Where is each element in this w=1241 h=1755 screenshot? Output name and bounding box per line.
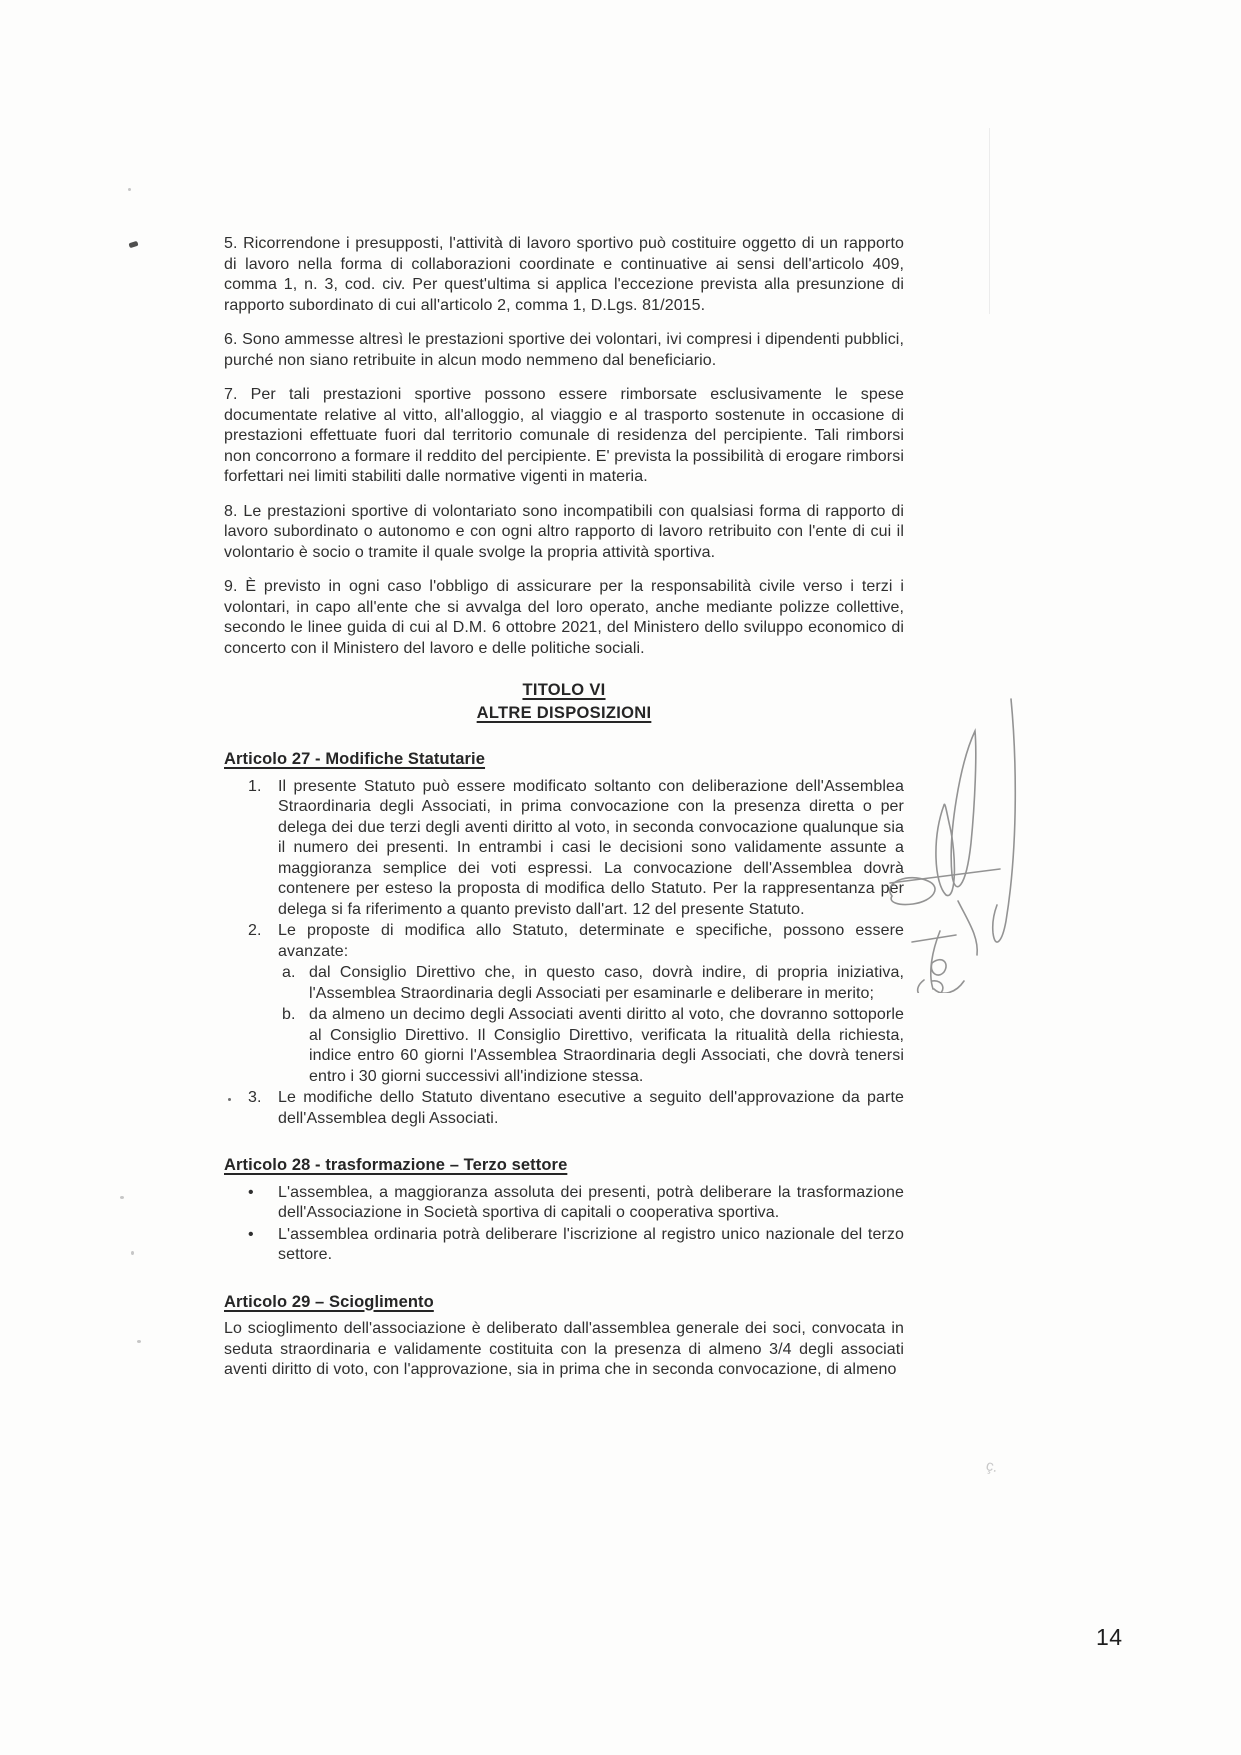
scan-speck <box>228 1098 231 1101</box>
list-item-text: Le proposte di modifica allo Statuto, de… <box>278 921 904 962</box>
list-marker: 1. <box>248 777 278 921</box>
paragraph-8: 8. Le prestazioni sportive di volontaria… <box>224 502 904 564</box>
faint-pencil-mark: ç. <box>984 1457 999 1476</box>
paragraph-6: 6. Sono ammesse altresì le prestazioni s… <box>224 330 904 371</box>
paragraph-7: 7. Per tali prestazioni sportive possono… <box>224 385 904 488</box>
paragraph-5: 5. Ricorrendone i presupposti, l'attivit… <box>224 234 904 316</box>
list-item-text: da almeno un decimo degli Associati aven… <box>309 1005 904 1087</box>
handwritten-signature <box>882 693 1027 993</box>
article-28: Articolo 28 - trasformazione – Terzo set… <box>224 1155 904 1266</box>
list-item: 3. Le modifiche dello Statuto diventano … <box>224 1088 904 1129</box>
scan-speck <box>137 1340 141 1343</box>
list-item-text: dal Consiglio Direttivo che, in questo c… <box>309 963 904 1004</box>
bullet-icon: • <box>248 1225 278 1266</box>
page-number: 14 <box>1096 1624 1123 1651</box>
list-item-text: Il presente Statuto può essere modificat… <box>278 777 904 921</box>
list-marker: 3. <box>248 1088 278 1129</box>
scan-speck <box>120 1196 124 1199</box>
sub-list-item: b. da almeno un decimo degli Associati a… <box>224 1005 904 1087</box>
article-29: Articolo 29 – Scioglimento Lo scioglimen… <box>224 1292 904 1381</box>
bullet-list-item: • L'assemblea ordinaria potrà deliberare… <box>224 1225 904 1266</box>
list-marker: b. <box>282 1005 309 1087</box>
document-body: 5. Ricorrendone i presupposti, l'attivit… <box>224 234 904 1407</box>
bullet-list-item: • L'assemblea, a maggioranza assoluta de… <box>224 1183 904 1224</box>
list-marker: a. <box>282 963 309 1004</box>
section-title: TITOLO VI ALTRE DISPOSIZIONI <box>224 679 904 725</box>
scan-edge-shadow <box>989 128 990 314</box>
list-marker: 2. <box>248 921 278 962</box>
article-29-body: Lo scioglimento dell'associazione è deli… <box>224 1319 904 1381</box>
article-29-heading: Articolo 29 – Scioglimento <box>224 1292 904 1313</box>
scan-speck <box>131 1251 134 1255</box>
list-item-text: Le modifiche dello Statuto diventano ese… <box>278 1088 904 1129</box>
list-item: 2. Le proposte di modifica allo Statuto,… <box>224 921 904 962</box>
sub-list-item: a. dal Consiglio Direttivo che, in quest… <box>224 963 904 1004</box>
scan-speck <box>128 241 138 249</box>
list-item: 1. Il presente Statuto può essere modifi… <box>224 777 904 921</box>
article-28-heading: Articolo 28 - trasformazione – Terzo set… <box>224 1155 904 1176</box>
scan-speck <box>128 188 131 191</box>
title-line-2: ALTRE DISPOSIZIONI <box>224 702 904 725</box>
scanned-document-page: 5. Ricorrendone i presupposti, l'attivit… <box>0 0 1241 1755</box>
bullet-icon: • <box>248 1183 278 1224</box>
list-item-text: L'assemblea ordinaria potrà deliberare l… <box>278 1225 904 1266</box>
paragraph-9: 9. È previsto in ogni caso l'obbligo di … <box>224 577 904 659</box>
article-27-heading: Articolo 27 - Modifiche Statutarie <box>224 749 904 770</box>
list-item-text: L'assemblea, a maggioranza assoluta dei … <box>278 1183 904 1224</box>
title-line-1: TITOLO VI <box>224 679 904 702</box>
article-27: Articolo 27 - Modifiche Statutarie 1. Il… <box>224 749 904 1129</box>
